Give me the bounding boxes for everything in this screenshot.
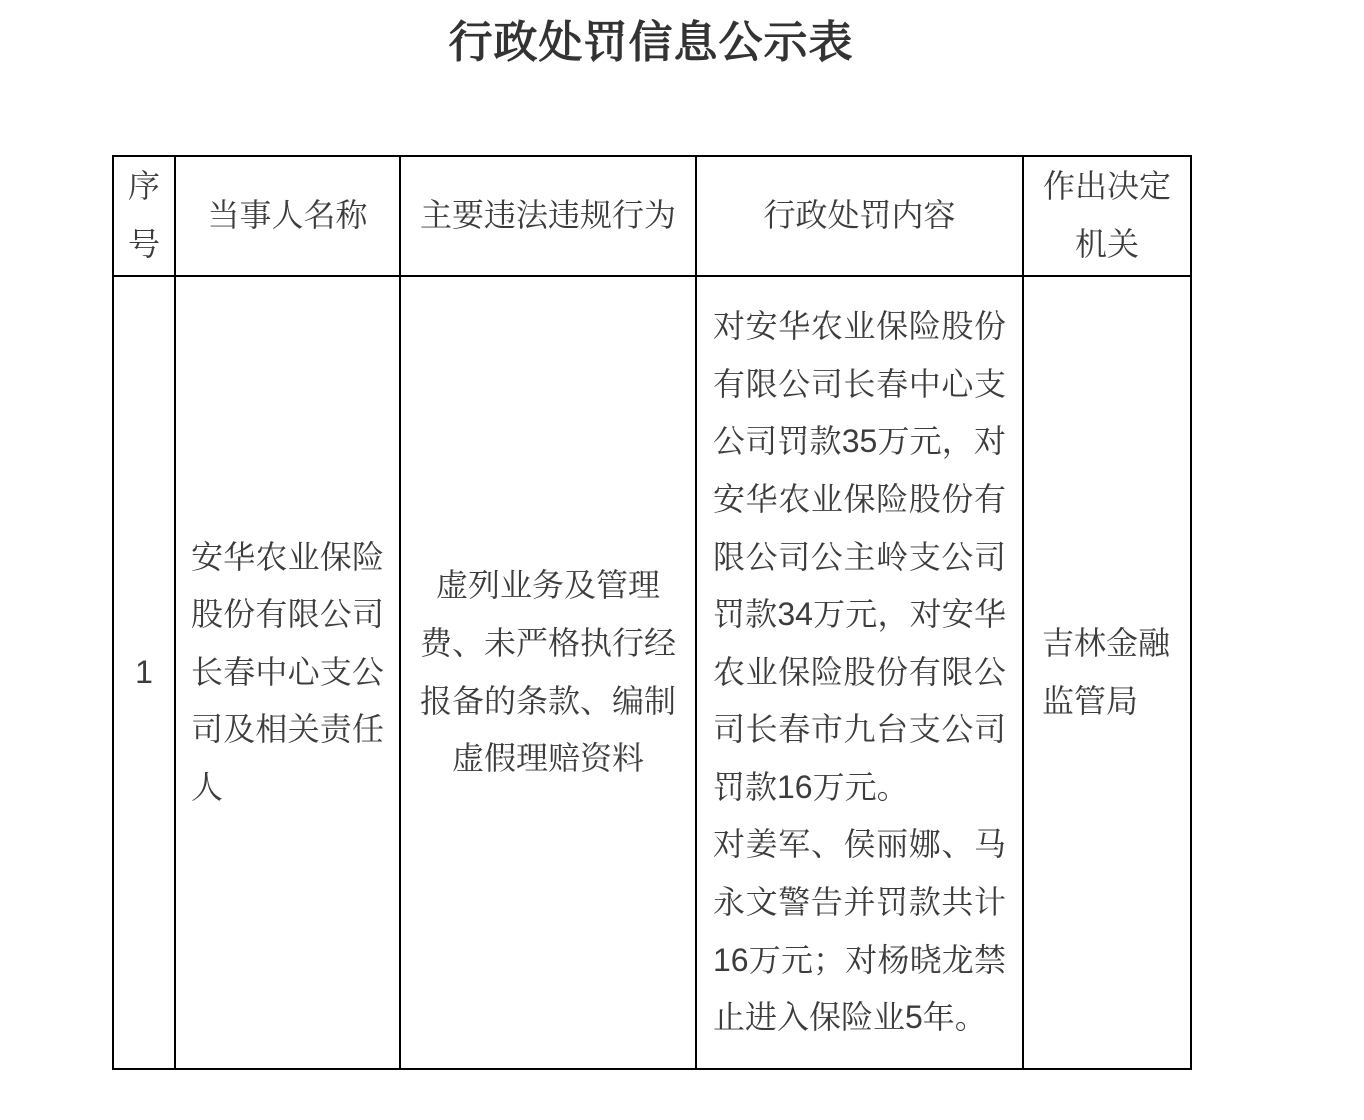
cell-deciding-authority: 吉林金融监管局 bbox=[1023, 276, 1191, 1069]
page-title: 行政处罚信息公示表 bbox=[112, 14, 1190, 72]
col-header-deciding-authority: 作出决定机关 bbox=[1023, 156, 1191, 276]
cell-party-name: 安华农业保险股份有限公司长春中心支公司及相关责任人 bbox=[175, 276, 400, 1069]
col-header-penalty-content: 行政处罚内容 bbox=[696, 156, 1023, 276]
col-header-party-name: 当事人名称 bbox=[175, 156, 400, 276]
penalty-paragraph-1: 对安华农业保险股份有限公司长春中心支公司罚款35万元，对安华农业保险股份有限公司… bbox=[713, 298, 1006, 816]
penalty-paragraph-2: 对姜军、侯丽娜、马永文警告并罚款共计16万元；对杨晓龙禁止进入保险业5年。 bbox=[713, 816, 1006, 1046]
cell-index: 1 bbox=[113, 276, 175, 1069]
cell-penalty-content: 对安华农业保险股份有限公司长春中心支公司罚款35万元，对安华农业保险股份有限公司… bbox=[696, 276, 1023, 1069]
col-header-index: 序号 bbox=[113, 156, 175, 276]
cell-violation: 虚列业务及管理费、未严格执行经报备的条款、编制虚假理赔资料 bbox=[400, 276, 696, 1069]
table-header-row: 序号 当事人名称 主要违法违规行为 行政处罚内容 作出决定机关 bbox=[113, 156, 1191, 276]
penalty-info-table: 序号 当事人名称 主要违法违规行为 行政处罚内容 作出决定机关 1 安华农业保险… bbox=[112, 155, 1192, 1070]
table-row: 1 安华农业保险股份有限公司长春中心支公司及相关责任人 虚列业务及管理费、未严格… bbox=[113, 276, 1191, 1069]
col-header-violation: 主要违法违规行为 bbox=[400, 156, 696, 276]
document-container: 行政处罚信息公示表 序号 当事人名称 主要违法违规行为 行政处罚内容 作出决定机… bbox=[112, 0, 1190, 1070]
